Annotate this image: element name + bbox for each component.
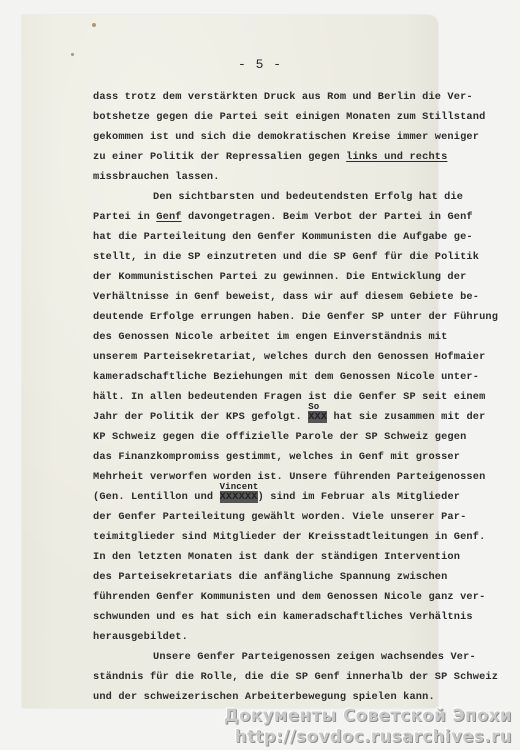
text-run: Verhältnisse in Genf beweist, dass wir a… — [93, 291, 479, 303]
text-line: kameradschaftliche Beziehungen mit dem G… — [93, 367, 473, 387]
struck-out-text: XXXXXXVincent — [220, 491, 258, 503]
text-run: Mehrheit verworfen worden ist. Unsere fü… — [93, 471, 485, 483]
text-line: Verhältnisse in Genf beweist, dass wir a… — [93, 287, 473, 307]
text-line: ständnis für die Rolle, die die SP Genf … — [93, 667, 473, 687]
interlinear-insertion: So — [308, 403, 319, 412]
text-run: hat die Parteileitung den Genfer Kommuni… — [93, 231, 473, 243]
text-run: Unsere Genfer Parteigenossen zeigen wach… — [153, 651, 476, 663]
text-run: In den letzten Monaten ist dank der stän… — [93, 551, 460, 563]
text-run: schwunden und es hat sich ein kameradsch… — [93, 611, 473, 623]
text-run: herausgebildet. — [93, 631, 188, 643]
text-run: teimitglieder sind Mitglieder der Kreiss… — [93, 531, 485, 543]
text-line: (Gen. Lentillon und XXXXXXVincent) sind … — [93, 487, 473, 507]
text-run: davongetragen. Beim Verbot der Partei in… — [182, 211, 473, 223]
struck-out-text: XXXSo — [308, 411, 327, 423]
watermark-title: Документы Советской Эпохи — [224, 706, 512, 725]
punch-hole — [92, 23, 96, 27]
text-run: führenden Genfer Kommunisten und dem Gen… — [93, 591, 485, 603]
text-line: herausgebildet. — [93, 627, 473, 647]
text-line: gekommen ist und sich die demokratischen… — [93, 127, 473, 147]
text-line: missbrauchen lassen. — [93, 167, 473, 187]
text-run: botshetze gegen die Partei seit einigen … — [93, 111, 485, 123]
text-line: des Parteisekretariats die anfängliche S… — [93, 567, 473, 587]
text-run: hat sie zusammen mit der — [327, 411, 485, 423]
underlined-text: links und rechts — [346, 151, 447, 163]
text-line: das Finanzkompromiss gestimmt, welches i… — [93, 447, 473, 467]
text-line: stellt, in die SP einzutreten und die SP… — [93, 247, 473, 267]
text-line: In den letzten Monaten ist dank der stän… — [93, 547, 473, 567]
text-run: der Kommunistischen Partei zu gewinnen. … — [93, 271, 466, 283]
text-line: Den sichtbarsten und bedeutendsten Erfol… — [93, 187, 473, 207]
text-line: unserem Parteisekretariat, welches durch… — [93, 347, 473, 367]
text-line: deutende Erfolge errungen haben. Die Gen… — [93, 307, 473, 327]
text-run: Jahr der Politik der KPS gefolgt. — [93, 411, 308, 423]
text-run: Partei in — [93, 211, 156, 223]
text-line: schwunden und es hat sich ein kameradsch… — [93, 607, 473, 627]
text-line: hat die Parteileitung den Genfer Kommuni… — [93, 227, 473, 247]
text-line: hält. In allen bedeutenden Fragen ist di… — [93, 387, 473, 407]
underlined-text: Genf — [156, 211, 181, 223]
text-line: zu einer Politik der Repressalien gegen … — [93, 147, 473, 167]
text-run: des Genossen Nicole arbeitet im engen Ei… — [93, 331, 447, 343]
text-line: Jahr der Politik der KPS gefolgt. XXXSo … — [93, 407, 473, 427]
paper-speck — [71, 53, 74, 56]
text-run: missbrauchen lassen. — [93, 171, 220, 183]
text-line: Unsere Genfer Parteigenossen zeigen wach… — [93, 647, 473, 667]
text-run: und der schweizerischen Arbeiterbewegung… — [93, 691, 435, 703]
text-line: der Kommunistischen Partei zu gewinnen. … — [93, 267, 473, 287]
text-run: zu einer Politik der Repressalien gegen — [93, 151, 346, 163]
text-run: der Genfer Parteileitung gewählt worden.… — [93, 511, 466, 523]
text-run: KP Schweiz gegen die offizielle Parole d… — [93, 431, 466, 443]
text-run: gekommen ist und sich die demokratischen… — [93, 131, 479, 143]
page-number: - 5 - — [0, 57, 520, 72]
typewritten-body: dass trotz dem verstärkten Druck aus Rom… — [93, 87, 473, 707]
text-run: des Parteisekretariats die anfängliche S… — [93, 571, 447, 583]
text-line: und der schweizerischen Arbeiterbewegung… — [93, 687, 473, 707]
text-run: deutende Erfolge errungen haben. Die Gen… — [93, 311, 498, 323]
text-run: ständnis für die Rolle, die die SP Genf … — [93, 671, 498, 683]
text-run: unserem Parteisekretariat, welches durch… — [93, 351, 485, 363]
text-line: der Genfer Parteileitung gewählt worden.… — [93, 507, 473, 527]
text-run: kameradschaftliche Beziehungen mit dem G… — [93, 371, 479, 383]
text-line: des Genossen Nicole arbeitet im engen Ei… — [93, 327, 473, 347]
text-run: (Gen. Lentillon und — [93, 491, 220, 503]
text-run: ) sind im Februar als Mitglieder — [258, 491, 461, 503]
text-run: das Finanzkompromiss gestimmt, welches i… — [93, 451, 460, 463]
text-run: stellt, in die SP einzutreten und die SP… — [93, 251, 479, 263]
text-line: botshetze gegen die Partei seit einigen … — [93, 107, 473, 127]
text-line: dass trotz dem verstärkten Druck aus Rom… — [93, 87, 473, 107]
text-run: Den sichtbarsten und bedeutendsten Erfol… — [153, 191, 463, 203]
text-run: hält. In allen bedeutenden Fragen ist di… — [93, 391, 485, 403]
text-line: Mehrheit verworfen worden ist. Unsere fü… — [93, 467, 473, 487]
text-line: teimitglieder sind Mitglieder der Kreiss… — [93, 527, 473, 547]
interlinear-insertion: Vincent — [220, 483, 259, 492]
text-line: Partei in Genf davongetragen. Beim Verbo… — [93, 207, 473, 227]
text-line: führenden Genfer Kommunisten und dem Gen… — [93, 587, 473, 607]
text-line: KP Schweiz gegen die offizielle Parole d… — [93, 427, 473, 447]
watermark-url: http://sovdoc.rusarchives.ru — [235, 727, 512, 746]
text-run: dass trotz dem verstärkten Druck aus Rom… — [93, 91, 473, 103]
